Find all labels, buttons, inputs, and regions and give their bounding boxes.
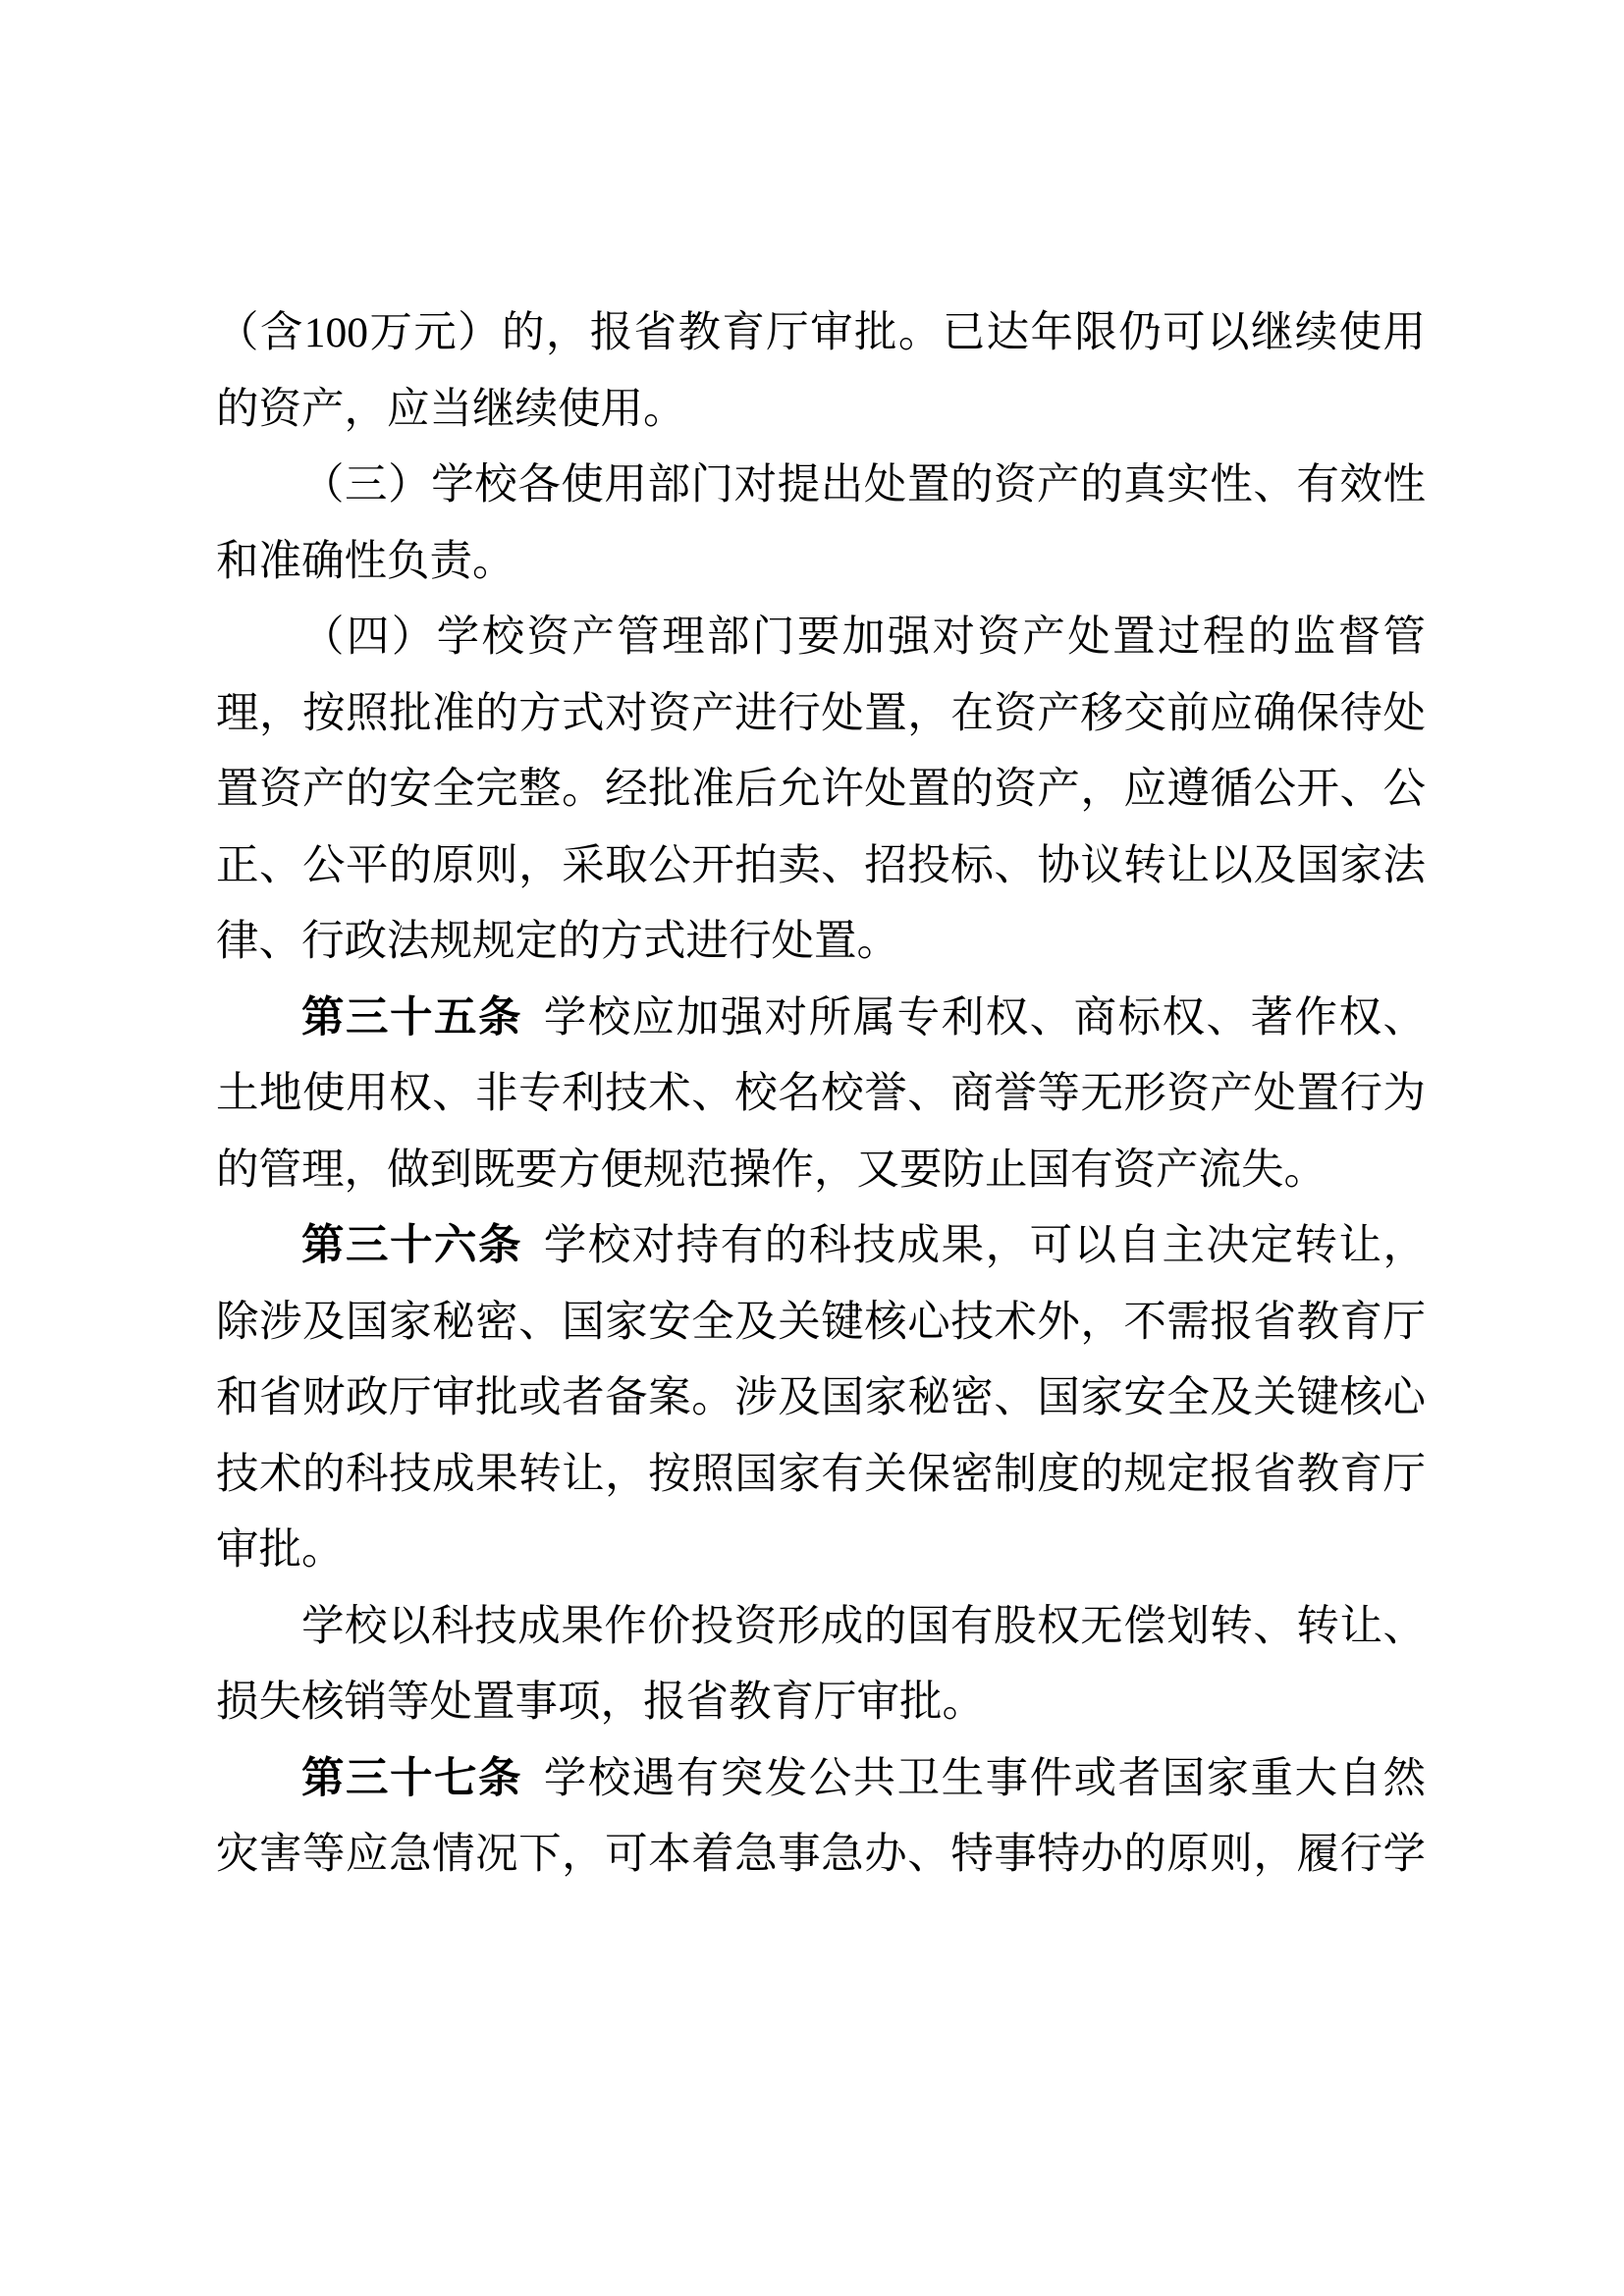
text-line: 学校以科技成果作价投资形成的国有股权无偿划转、转让、 [216,1589,1426,1666]
text-line: 土地使用权、非专利技术、校名校誉、商誉等无形资产处置行为 [216,1056,1426,1133]
line-text: 灾害等应急情况下，可本着急事急办、特事特办的原则，履行学 [216,1831,1426,1878]
text-line: 律、行政法规规定的方式进行处置。 [216,904,1426,981]
article-number: 第三十五条 [301,994,522,1041]
line-text: 审批。 [216,1526,345,1574]
line-text: 正、公平的原则，采取公开拍卖、招投标、协议转让以及国家法 [216,842,1426,889]
line-text: 学校遇有突发公共卫生事件或者国家重大自然 [544,1755,1426,1802]
text-line: 第三十五条学校应加强对所属专利权、商标权、著作权、 [216,981,1426,1057]
line-text: 的资产，应当继续使用。 [216,386,686,433]
text-line: 和准确性负责。 [216,524,1426,601]
line-text: 学校以科技成果作价投资形成的国有股权无偿划转、转让、 [301,1603,1426,1650]
document-page: （含100万元）的，报省教育厅审批。已达年限仍可以继续使用的资产，应当继续使用。… [0,0,1624,2296]
text-line: 置资产的安全完整。经批准后允许处置的资产，应遵循公开、公 [216,752,1426,828]
text-line: 除涉及国家秘密、国家安全及关键核心技术外，不需报省教育厅 [216,1285,1426,1362]
text-line: 正、公平的原则，采取公开拍卖、招投标、协议转让以及国家法 [216,828,1426,905]
line-text: 技术的科技成果转让，按照国家有关保密制度的规定报省教育厅 [216,1451,1426,1498]
line-text: 的管理，做到既要方便规范操作，又要防止国有资产流失。 [216,1147,1326,1194]
text-line: （含100万元）的，报省教育厅审批。已达年限仍可以继续使用 [216,295,1426,372]
text-line: （三）学校各使用部门对提出处置的资产的真实性、有效性 [216,448,1426,524]
text-line: 技术的科技成果转让，按照国家有关保密制度的规定报省教育厅 [216,1437,1426,1514]
line-text: 和省财政厅审批或者备案。涉及国家秘密、国家安全及关键核心 [216,1374,1426,1421]
text-line: 和省财政厅审批或者备案。涉及国家秘密、国家安全及关键核心 [216,1361,1426,1437]
document-body: （含100万元）的，报省教育厅审批。已达年限仍可以继续使用的资产，应当继续使用。… [216,295,1426,1894]
line-text: 除涉及国家秘密、国家安全及关键核心技术外，不需报省教育厅 [216,1299,1426,1346]
text-line: （四）学校资产管理部门要加强对资产处置过程的监督管 [216,600,1426,676]
line-text: 置资产的安全完整。经批准后允许处置的资产，应遵循公开、公 [216,766,1426,813]
line-text: 理，按照批准的方式对资产进行处置，在资产移交前应确保待处 [216,690,1426,737]
article-number: 第三十七条 [301,1755,522,1802]
line-text: 学校应加强对所属专利权、商标权、著作权、 [544,994,1426,1041]
line-text: 土地使用权、非专利技术、校名校誉、商誉等无形资产处置行为 [216,1070,1426,1117]
text-line: 第三十七条学校遇有突发公共卫生事件或者国家重大自然 [216,1741,1426,1818]
line-text: 学校对持有的科技成果，可以自主决定转让， [544,1222,1426,1269]
text-line: 理，按照批准的方式对资产进行处置，在资产移交前应确保待处 [216,676,1426,753]
text-line: 的资产，应当继续使用。 [216,372,1426,449]
text-line: 第三十六条学校对持有的科技成果，可以自主决定转让， [216,1208,1426,1285]
line-text: 律、行政法规规定的方式进行处置。 [216,918,899,965]
text-line: 的管理，做到既要方便规范操作，又要防止国有资产流失。 [216,1133,1426,1209]
line-text: （四）学校资产管理部门要加强对资产处置过程的监督管 [301,614,1426,661]
line-text: 损失核销等处置事项，报省教育厅审批。 [216,1679,985,1726]
line-text: 和准确性负责。 [216,538,515,585]
line-text: （三）学校各使用部门对提出处置的资产的真实性、有效性 [301,461,1426,508]
text-line: 灾害等应急情况下，可本着急事急办、特事特办的原则，履行学 [216,1817,1426,1894]
text-line: 损失核销等处置事项，报省教育厅审批。 [216,1665,1426,1741]
line-text: （含100万元）的，报省教育厅审批。已达年限仍可以继续使用 [216,309,1426,356]
article-number: 第三十六条 [301,1222,522,1269]
text-line: 审批。 [216,1513,1426,1589]
